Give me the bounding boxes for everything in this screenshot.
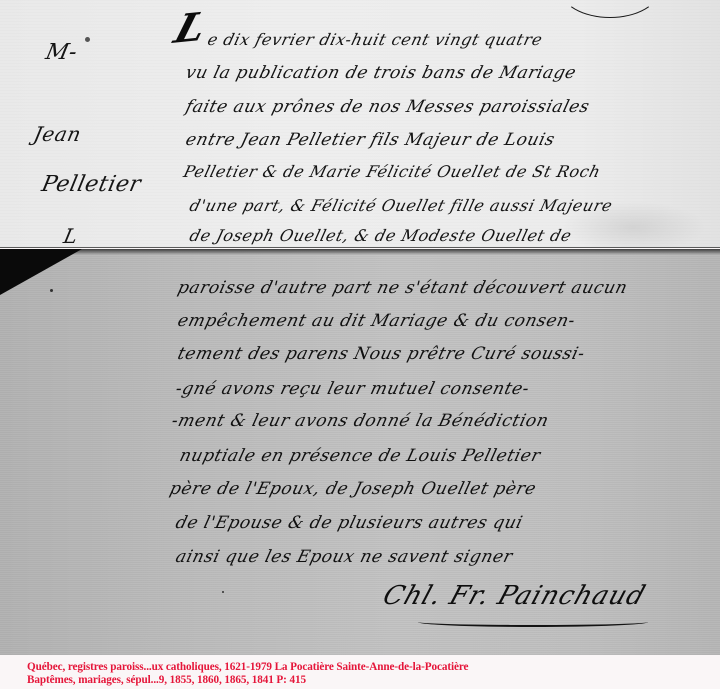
record-line: nuptiale en présence de Louis Pelletier <box>178 446 543 466</box>
source-citation-caption: Québec, registres paroiss...ux catholiqu… <box>0 655 720 689</box>
record-line: Pelletier & de Marie Félicité Ouellet de… <box>182 162 603 181</box>
priest-signature: Chl. Fr. Painchaud <box>379 581 649 611</box>
margin-note-surname: Pelletier <box>39 172 143 197</box>
record-line: ainsi que les Epoux ne savent signer <box>174 547 515 567</box>
record-line: entre Jean Pelletier fils Majeur de Loui… <box>184 130 558 150</box>
record-line: empêchement au dit Mariage & du consen- <box>176 311 578 331</box>
citation-volume-page: Baptêmes, mariages, sépul...9, 1855, 186… <box>27 674 720 687</box>
record-line: de l'Epouse & de plusieurs autres qui <box>174 513 525 533</box>
margin-note-entry-type: M- <box>43 40 79 65</box>
scan-bottom-section: paroisse d'autre part ne s'étant découve… <box>0 249 720 655</box>
document-image-viewer[interactable]: M- Jean Pelletier L L e dix fevrier dix-… <box>0 0 720 655</box>
record-line: d'une part, & Félicité Ouellet fille aus… <box>188 196 615 215</box>
record-line: de Joseph Ouellet, & de Modeste Ouellet … <box>188 226 574 245</box>
record-line: -ment & leur avons donné la Bénédiction <box>170 411 551 431</box>
record-line: faite aux prônes de nos Messes paroissia… <box>184 97 592 117</box>
margin-note-mark: L <box>61 224 80 248</box>
record-line: vu la publication de trois bans de Maria… <box>184 63 579 83</box>
record-line: père de l'Epoux, de Joseph Ouellet père <box>168 479 539 499</box>
ink-speck <box>85 37 90 42</box>
ink-speck <box>222 591 224 593</box>
flourish-decoration <box>560 0 660 18</box>
signature-flourish <box>418 617 648 627</box>
scan-top-section: M- Jean Pelletier L L e dix fevrier dix-… <box>0 0 720 248</box>
citation-collection: Québec, registres paroiss...ux catholiqu… <box>27 661 720 674</box>
record-line: tement des parens Nous prêtre Curé souss… <box>176 344 588 364</box>
record-line: e dix fevrier dix-huit cent vingt quatre <box>206 30 545 49</box>
margin-note-given-name: Jean <box>31 122 83 146</box>
page-corner-shadow <box>0 249 82 295</box>
record-line: paroisse d'autre part ne s'étant découve… <box>176 278 630 298</box>
record-line: -gné avons reçu leur mutuel consente- <box>174 379 532 399</box>
